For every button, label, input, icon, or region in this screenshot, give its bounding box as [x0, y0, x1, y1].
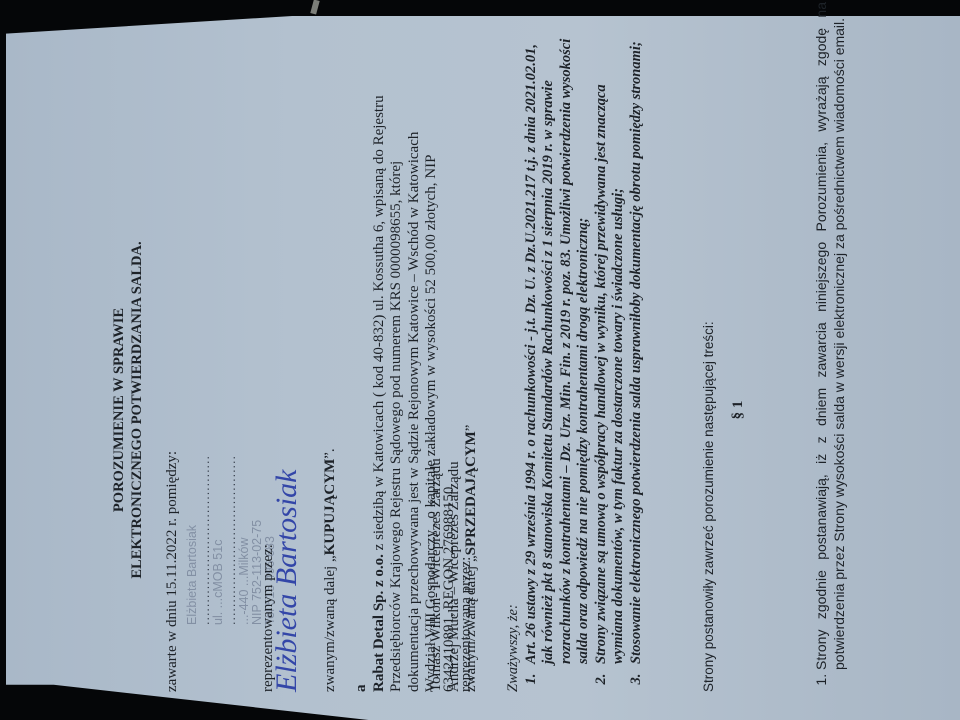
dots: ......................................	[198, 455, 212, 625]
seller-role-name: SPRZEDAJĄCYM	[463, 431, 479, 555]
role-prefix: zwanym/zwaną dalej „	[322, 555, 338, 692]
point-item: Strony zgodnie postanawiają, iż z dniem …	[813, 2, 848, 670]
agreement-intro: Strony postanowiły zawrzeć porozumienie …	[700, 321, 718, 692]
section-points: Strony zgodnie postanawiają, iż z dniem …	[813, 2, 848, 692]
role-suffix: ”	[463, 425, 479, 432]
and-word: a	[353, 92, 371, 692]
title-line-2: ELEKTRONICZNEGO POTWIERDZANIA SALDA.	[128, 100, 146, 720]
dots: ......................................	[224, 455, 238, 625]
whereas-item: Strony związane są umową o współpracy ha…	[593, 32, 628, 670]
role-suffix: ”.	[322, 448, 338, 458]
handwritten-signature: Elżbieta Bartosiak	[278, 470, 296, 692]
whereas-item: Stosowanie elektronicznego potwierdzenia…	[628, 32, 646, 670]
whereas-heading: Zważywszy, że:	[505, 32, 523, 692]
board-member: Andrzej Mucha – Wiceprezes Zarządu	[446, 458, 464, 692]
paragraph-heading: § 1	[730, 100, 748, 720]
company-name: Rabat Detal Sp. z o.o.	[371, 554, 387, 692]
whereas-section: Zważywszy, że: Art. 26 ustawy z 29 wrześ…	[505, 32, 645, 692]
buyer-role: zwanym/zwaną dalej „KUPUJĄCYM”.	[322, 448, 340, 692]
document-title: POROZUMIENIE W SPRAWIE ELEKTRONICZNEGO P…	[110, 100, 146, 720]
board-members: Tomasz Wilkoń- I Wiceprezes Zarządu Andr…	[428, 458, 463, 692]
buyer-role-name: KUPUJĄCYM	[322, 459, 338, 556]
role-prefix: zwanym/zwaną dalej „	[463, 555, 479, 692]
concluded-date: zawarte w dniu 15.11.2022 r. pomiędzy:	[164, 451, 182, 692]
title-line-1: POROZUMIENIE W SPRAWIE	[110, 100, 128, 720]
document-page: POROZUMIENIE W SPRAWIE ELEKTRONICZNEGO P…	[100, 0, 920, 720]
seller-role: zwanym/zwaną dalej „SPRZEDAJĄCYM”	[463, 425, 481, 692]
board-member: Tomasz Wilkoń- I Wiceprezes Zarządu	[428, 458, 446, 692]
whereas-item: Art. 26 ustawy z 29 września 1994 r. o r…	[523, 32, 593, 670]
